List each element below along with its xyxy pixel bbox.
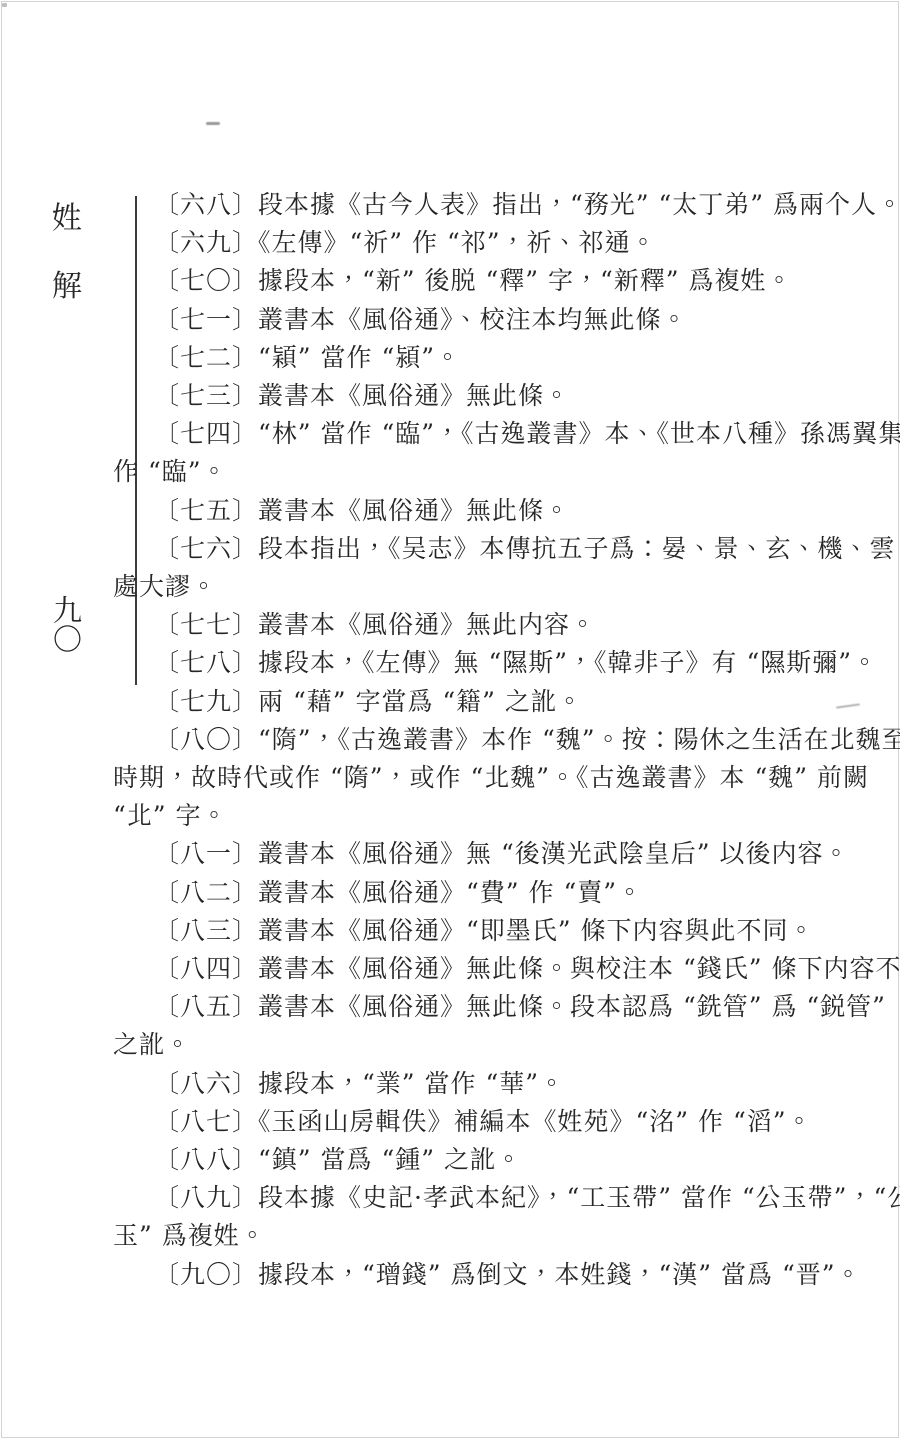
text-line: 〔九〇〕據段本，“璔錢” 爲倒文，本姓錢，“漢” 當爲 “晋”。 [113,1256,873,1294]
text-line: 作 “臨”。 [113,453,873,491]
text-line: 〔七二〕“穎” 當作 “潁”。 [113,339,873,377]
text-line: 處大謬。 [113,568,873,606]
text-line: 之訛。 [113,1026,873,1064]
text-line: 〔八八〕“鎮” 當爲 “鍾” 之訛。 [113,1141,873,1179]
text-line: 〔八二〕叢書本《風俗通》“費” 作 “賣”。 [113,874,873,912]
text-line: 〔七一〕叢書本《風俗通》、校注本均無此條。 [113,301,873,339]
text-line: 〔六九〕《左傳》“祈” 作 “祁”，祈、祁通。 [113,224,873,262]
text-line: 〔八五〕叢書本《風俗通》無此條。段本認爲 “銑管” 爲 “鋭管” [113,988,873,1026]
text-line: 〔八六〕據段本，“業” 當作 “華”。 [113,1065,873,1103]
scanned-book-page: { "sidebar": { "book_title_char_top": "姓… [0,0,900,1439]
text-line: 時期，故時代或作 “隋”，或作 “北魏”。《古逸叢書》本 “魏” 前闕 [113,759,873,797]
text-line: 〔八七〕《玉函山房輯佚》補編本《姓苑》“洺” 作 “滔”。 [113,1103,873,1141]
margin-book-title: 姓 解 [50,204,84,302]
text-line: 〔八九〕段本據《史記·孝武本紀》，“工玉帶” 當作 “公玉帶”，“公 [113,1179,873,1217]
text-line: 〔七五〕叢書本《風俗通》無此條。 [113,492,873,530]
text-line: 〔八四〕叢書本《風俗通》無此條。與校注本 “錢氏” 條下内容不同。 [113,950,873,988]
text-line: 〔六八〕段本據《古今人表》指出，“務光” “太丁弟” 爲兩个人。 [113,186,873,224]
text-line: 〔七七〕叢書本《風俗通》無此内容。 [113,606,873,644]
text-line: 〔七四〕“林” 當作 “臨”，《古逸叢書》本、《世本八種》孫馮翼集本 [113,415,873,453]
page-number: 九〇 [48,595,82,653]
annotation-lines: 〔六八〕段本據《古今人表》指出，“務光” “太丁弟” 爲兩个人。〔六九〕《左傳》… [113,186,873,1294]
text-line: 〔八〇〕“隋”，《古逸叢書》本作 “魏”。按：陽休之生活在北魏至隋 [113,721,873,759]
text-line: 〔七三〕叢書本《風俗通》無此條。 [113,377,873,415]
text-line: 〔七九〕兩 “藉” 字當爲 “籍” 之訛。 [113,683,873,721]
book-title-char: 姓 [50,204,84,234]
text-line: 〔七八〕據段本，《左傳》無 “隰斯”，《韓非子》有 “隰斯彌”。 [113,644,873,682]
text-line: 玉” 爲複姓。 [113,1217,873,1255]
book-title-char: 解 [50,272,84,302]
text-line: 〔八一〕叢書本《風俗通》無 “後漢光武陰皇后” 以後内容。 [113,835,873,873]
text-line: 〔七〇〕據段本，“新” 後脱 “釋” 字，“新釋” 爲複姓。 [113,262,873,300]
text-line: 〔七六〕段本指出，《吴志》本傳抗五子爲：晏、景、玄、機、雲。此 [113,530,873,568]
scan-corner-speck [2,3,7,7]
text-line: “北” 字。 [113,797,873,835]
scan-artifact-dash [206,122,220,125]
text-line: 〔八三〕叢書本《風俗通》“即墨氏” 條下内容與此不同。 [113,912,873,950]
